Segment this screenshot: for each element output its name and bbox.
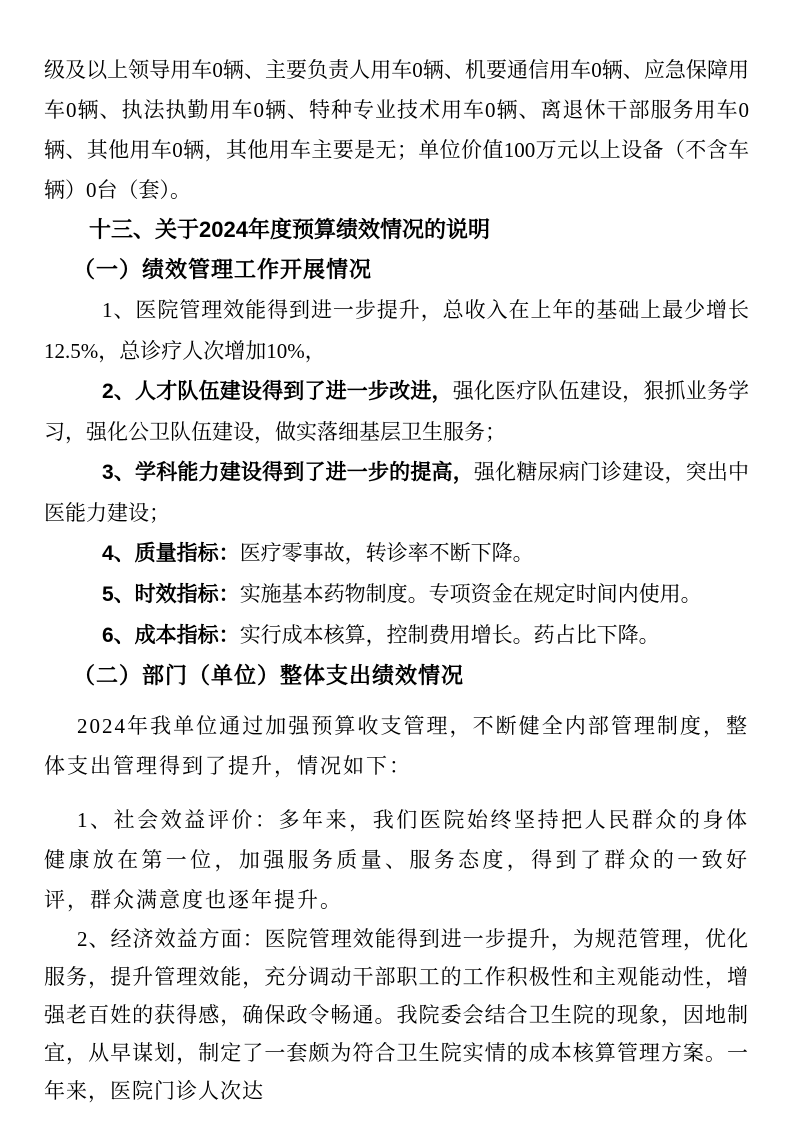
perf-item-1: 1、医院管理效能得到进一步提升，总收入在上年的基础上最少增长12.5%，总诊疗人… xyxy=(44,290,749,371)
perf-item-6: 6、成本指标：实行成本核算，控制费用增长。药占比下降。 xyxy=(44,615,749,656)
perf-item-4-text: 医疗零事故，转诊率不断下降。 xyxy=(240,541,534,565)
perf-item-4-lead: 4、质量指标： xyxy=(102,542,240,565)
subsection-2-heading: （二）部门（单位）整体支出绩效情况 xyxy=(44,656,749,696)
perf-item-3: 3、学科能力建设得到了进一步的提高，强化糖尿病门诊建设，突出中医能力建设； xyxy=(44,452,749,533)
perf-item-3-lead: 3、学科能力建设得到了进一步的提高， xyxy=(102,461,474,484)
perf-item-1-text: 1、医院管理效能得到进一步提升，总收入在上年的基础上最少增长12.5%，总诊疗人… xyxy=(44,298,749,363)
subsection-1-heading: （一）绩效管理工作开展情况 xyxy=(44,250,749,290)
perf-item-5-text: 实施基本药物制度。专项资金在规定时间内使用。 xyxy=(240,582,702,606)
economic-benefit-paragraph: 2、经济效益方面：医院管理效能得到进一步提升，为规范管理，优化服务，提升管理效能… xyxy=(44,920,749,1110)
perf-item-6-text: 实行成本核算，控制费用增长。药占比下降。 xyxy=(240,623,660,647)
document-page: 级及以上领导用车0辆、主要负责人用车0辆、机要通信用车0辆、应急保障用车0辆、执… xyxy=(0,0,793,1122)
continuation-paragraph: 级及以上领导用车0辆、主要负责人用车0辆、机要通信用车0辆、应急保障用车0辆、执… xyxy=(44,50,749,210)
perf-item-4: 4、质量指标：医疗零事故，转诊率不断下降。 xyxy=(44,533,749,574)
overall-intro-paragraph: 2024年我单位通过加强预算收支管理，不断健全内部管理制度，整体支出管理得到了提… xyxy=(44,706,749,786)
social-benefit-paragraph: 1、社会效益评价：多年来，我们医院始终坚持把人民群众的身体健康放在第一位，加强服… xyxy=(44,800,749,920)
perf-item-5-lead: 5、时效指标： xyxy=(102,583,240,606)
perf-item-2: 2、人才队伍建设得到了进一步改进，强化医疗队伍建设，狠抓业务学习，强化公卫队伍建… xyxy=(44,371,749,452)
section-13-heading: 十三、关于2024年度预算绩效情况的说明 xyxy=(44,210,749,250)
perf-item-6-lead: 6、成本指标： xyxy=(102,624,240,647)
perf-item-2-lead: 2、人才队伍建设得到了进一步改进， xyxy=(102,380,453,403)
perf-item-5: 5、时效指标：实施基本药物制度。专项资金在规定时间内使用。 xyxy=(44,574,749,615)
